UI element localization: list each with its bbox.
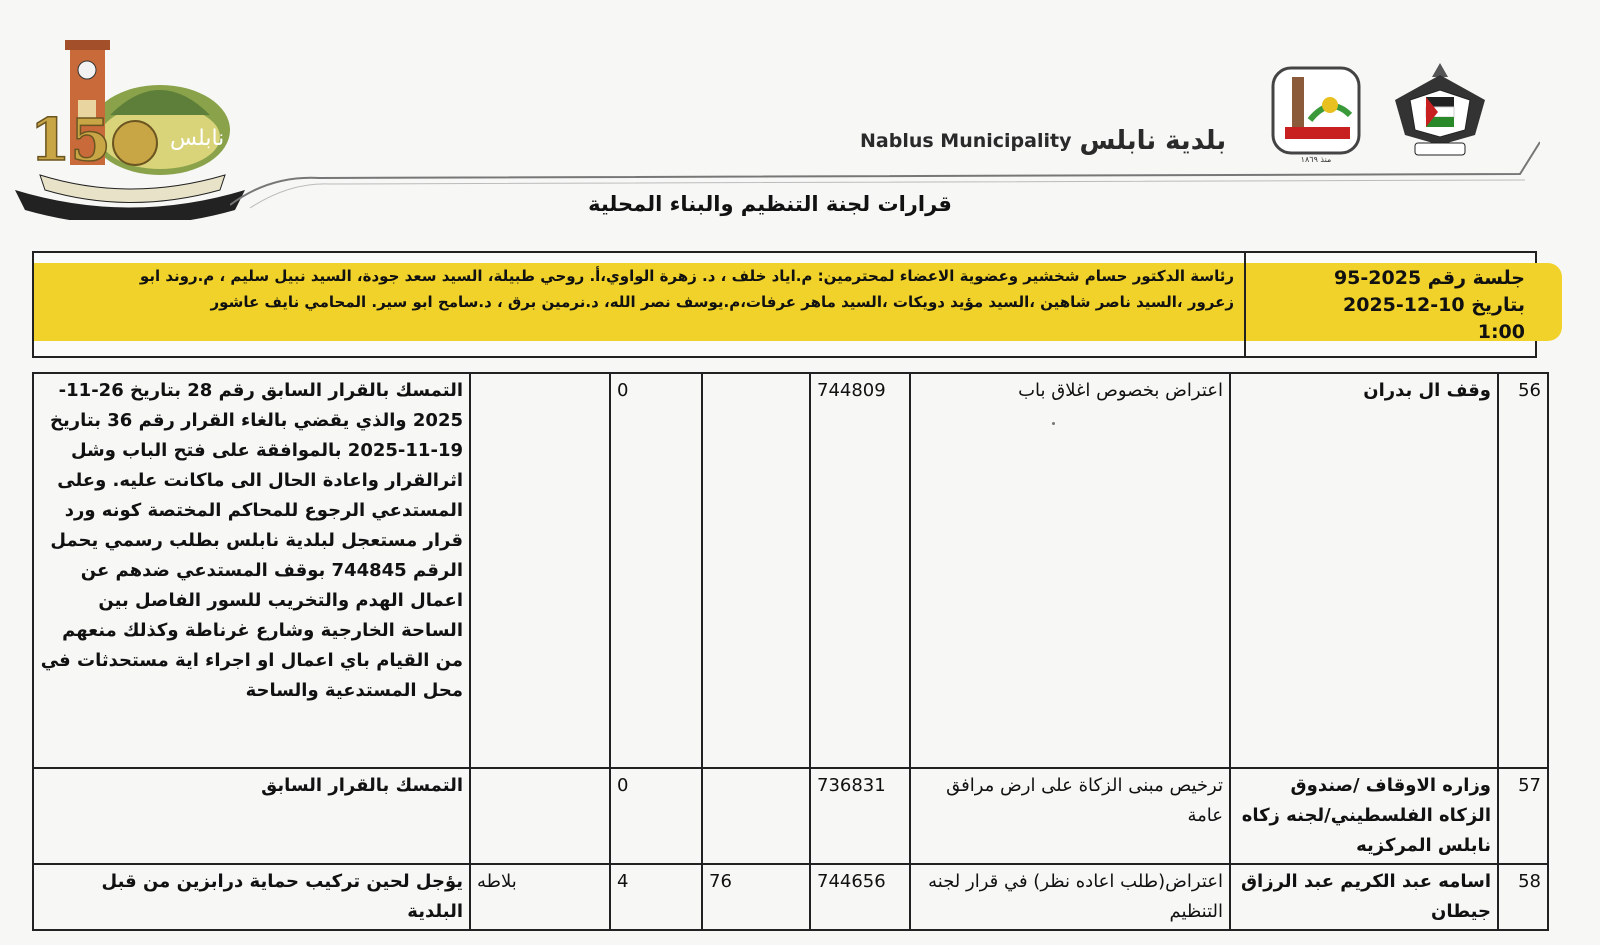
decision-text: يؤجل لحين تركيب حماية درابزين من قبل الب…	[33, 864, 470, 930]
decision-text: التمسك بالقرار السابق رقم 28 بتاريخ 26-1…	[33, 373, 470, 768]
members-line-2: زعرور ،السيد ناصر شاهين ،السيد مؤيد دويك…	[94, 289, 1234, 315]
page-title: قرارات لجنة التنظيم والبناء المحلية	[580, 192, 960, 216]
block-number: 4	[610, 864, 702, 930]
decision-text: التمسك بالقرار السابق	[33, 768, 470, 864]
nablus-150-logo: 15 نابلس	[10, 25, 250, 220]
request-subject: اعتراض بخصوص اغلاق باب	[910, 373, 1230, 768]
file-number: 744656	[810, 864, 910, 930]
location: بلاطه	[470, 864, 610, 930]
location	[470, 768, 610, 864]
parcel-number: 76	[702, 864, 810, 930]
row-number: 56	[1498, 373, 1548, 768]
session-info-box: جلسة رقم 2025-95 بتاريخ 10-12-2025 1:00 …	[32, 251, 1537, 358]
applicant-name: اسامه عبد الكريم عبد الرزاق جيطان	[1230, 864, 1498, 930]
parcel-number	[702, 373, 810, 768]
applicant-name: وقف ال بدران	[1230, 373, 1498, 768]
table-row: 58 اسامه عبد الكريم عبد الرزاق جيطان اعت…	[33, 864, 1548, 930]
svg-text:نابلس: نابلس	[170, 126, 224, 151]
session-members: رئاسة الدكتور حسام شخشير وعضوية الاعضاء …	[94, 263, 1234, 315]
block-number: 0	[610, 768, 702, 864]
applicant-name: وزاره الاوقاف /صندوق الزكاه الفلسطيني/لج…	[1230, 768, 1498, 864]
session-number-date: جلسة رقم 2025-95 بتاريخ 10-12-2025 1:00	[1245, 265, 1525, 346]
request-subject: ترخيص مبنى الزكاة على ارض مرافق عامة	[910, 768, 1230, 864]
row-number: 57	[1498, 768, 1548, 864]
decisions-table: 56 وقف ال بدران اعتراض بخصوص اغلاق باب 7…	[32, 372, 1549, 931]
row-number: 58	[1498, 864, 1548, 930]
scan-speck	[1052, 422, 1055, 425]
members-line-1: رئاسة الدكتور حسام شخشير وعضوية الاعضاء …	[94, 263, 1234, 289]
session-date: بتاريخ 10-12-2025	[1245, 292, 1525, 319]
svg-text:15: 15	[30, 106, 111, 174]
parcel-number	[702, 768, 810, 864]
session-number: جلسة رقم 2025-95	[1245, 265, 1525, 292]
location	[470, 373, 610, 768]
block-number: 0	[610, 373, 702, 768]
session-time: 1:00	[1245, 319, 1525, 346]
file-number: 744809	[810, 373, 910, 768]
request-subject: اعتراض(طلب اعاده نظر) في قرار لجنه التنظ…	[910, 864, 1230, 930]
file-number: 736831	[810, 768, 910, 864]
table-row: 56 وقف ال بدران اعتراض بخصوص اغلاق باب 7…	[33, 373, 1548, 768]
table-row: 57 وزاره الاوقاف /صندوق الزكاه الفلسطيني…	[33, 768, 1548, 864]
